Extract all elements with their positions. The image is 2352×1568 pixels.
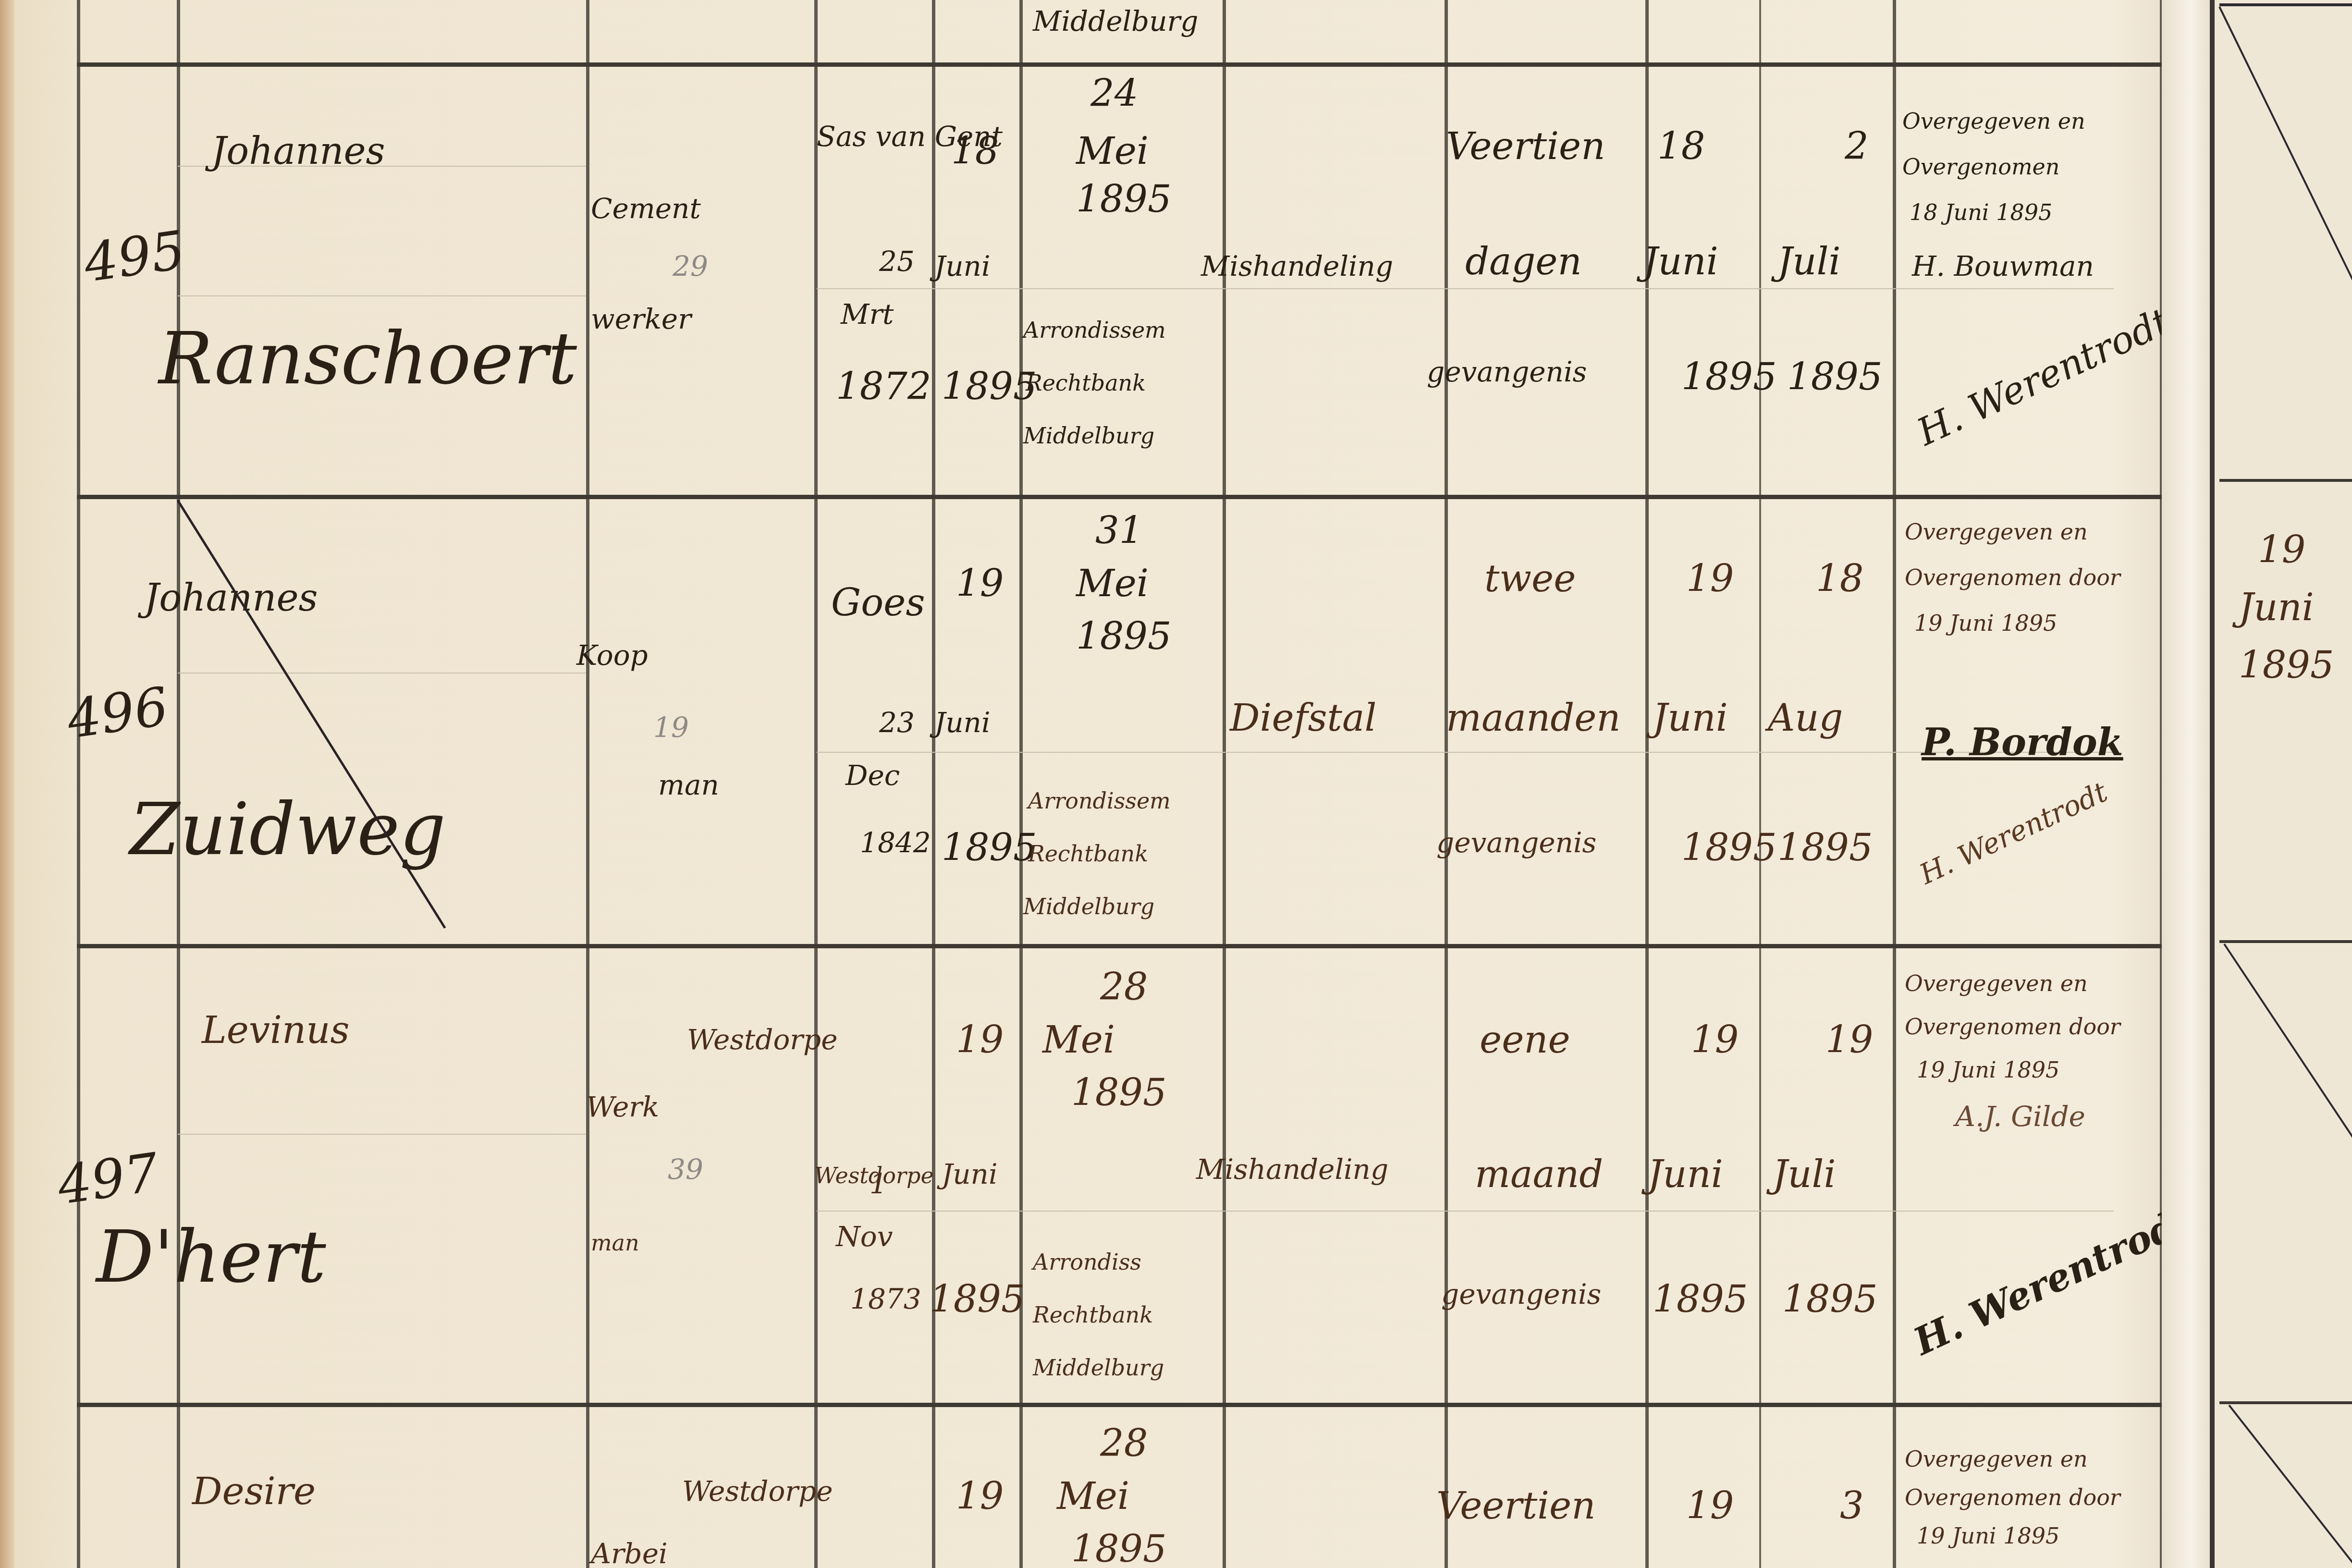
start-month: Juni bbox=[1648, 1153, 1723, 1196]
release-year: 1895 bbox=[1782, 1278, 1878, 1321]
first-name: Johannes bbox=[211, 130, 385, 173]
start-month: Juni bbox=[1653, 697, 1728, 740]
judgment-month: Mei bbox=[1057, 1475, 1129, 1518]
court-line: Arrondissem bbox=[1023, 317, 1166, 343]
birth-month: Nov bbox=[836, 1220, 893, 1253]
start-day: 19 bbox=[1691, 1018, 1739, 1062]
admission-year: 1895 bbox=[942, 365, 1037, 408]
court-line: Arrondissem bbox=[1028, 788, 1171, 814]
court-text: Middelburg bbox=[1033, 5, 1198, 37]
occupation: Koop bbox=[576, 639, 648, 672]
remarks: Overgenomen door bbox=[1905, 1484, 2120, 1510]
occupation: Werk bbox=[586, 1090, 659, 1123]
column-rule bbox=[1645, 0, 1649, 1568]
signature: H. Werentrodt bbox=[1907, 1197, 2198, 1364]
offence: Mishandeling bbox=[1196, 1153, 1388, 1186]
admission-day: 19 bbox=[956, 1018, 1004, 1062]
judgment-month: Mei bbox=[1076, 562, 1149, 605]
column-rule bbox=[1893, 0, 1896, 1568]
offence: Diefstal bbox=[1230, 697, 1376, 740]
birth-day: 23 bbox=[879, 706, 915, 739]
admission-year: 1895 bbox=[942, 826, 1037, 870]
release-day: 18 bbox=[1816, 557, 1863, 600]
start-year: 1895 bbox=[1681, 826, 1777, 870]
row-rule bbox=[77, 62, 2162, 67]
start-day: 19 bbox=[1686, 1484, 1734, 1528]
sentence: Veertien bbox=[1446, 125, 1605, 168]
signature: H. Werentrodt bbox=[1911, 300, 2177, 454]
entry-number: 497 bbox=[54, 1141, 162, 1216]
signature: H. Werentrodt bbox=[1914, 775, 2112, 891]
start-year: 1895 bbox=[1681, 355, 1777, 399]
start-year: 1895 bbox=[1653, 1278, 1748, 1321]
column-rule bbox=[586, 0, 589, 1568]
birthplace: Goes bbox=[831, 581, 925, 625]
occupation-cont: werker bbox=[591, 303, 691, 335]
sentence-cont: gevangenis bbox=[1436, 826, 1596, 859]
judgment-day: 28 bbox=[1100, 966, 1148, 1009]
sentence-cont: maand bbox=[1475, 1153, 1603, 1196]
row-rule bbox=[77, 1403, 2162, 1407]
facing-page: 19 Juni 1895 bbox=[2210, 0, 2352, 1568]
birthplace: Westdorpe bbox=[682, 1475, 833, 1507]
start-month: Juni bbox=[1643, 240, 1718, 283]
remarks-date: 18 Juni 1895 bbox=[1910, 199, 2052, 225]
remarks-date: 19 Juni 1895 bbox=[1917, 1057, 2059, 1083]
admission-year: 1895 bbox=[930, 1278, 1025, 1321]
release-month: Juli bbox=[1773, 1153, 1836, 1196]
surname: D'hert bbox=[96, 1215, 326, 1299]
register-page: Middelburg 495 Johannes Ranschoert Cemen… bbox=[0, 0, 2191, 1568]
release-day: 2 bbox=[1845, 125, 1869, 168]
surname: Zuidweg bbox=[130, 788, 446, 871]
birthplace: Westdorpe bbox=[687, 1023, 838, 1056]
remarks: Overgegeven en bbox=[1905, 519, 2088, 545]
admission-day: 19 bbox=[956, 1475, 1004, 1518]
sentence-cont: maanden bbox=[1446, 697, 1621, 740]
court-line: Middelburg bbox=[1023, 894, 1154, 919]
row-rule bbox=[77, 944, 2162, 948]
first-name: Levinus bbox=[202, 1009, 349, 1052]
release-month: Aug bbox=[1768, 697, 1843, 740]
judgment-month: Mei bbox=[1076, 130, 1149, 173]
column-rule bbox=[1759, 0, 1761, 1568]
start-day: 19 bbox=[1686, 557, 1734, 600]
court-line: Rechtbank bbox=[1026, 370, 1146, 396]
court-line: Middelburg bbox=[1023, 423, 1154, 449]
occupation-cont: man bbox=[591, 1230, 639, 1256]
remarks: Overgenomen bbox=[1902, 154, 2059, 180]
first-name: Desire bbox=[192, 1470, 316, 1513]
sentence: twee bbox=[1484, 557, 1576, 600]
date-month: Juni bbox=[2239, 586, 2314, 629]
remarks: Overgegeven en bbox=[1902, 108, 2085, 134]
signature: H. Bouwman bbox=[1912, 250, 2094, 282]
age: 39 bbox=[668, 1153, 703, 1186]
column-rule bbox=[1019, 0, 1023, 1568]
birth-year: 1873 bbox=[850, 1283, 921, 1315]
judgment-month: Mei bbox=[1042, 1018, 1115, 1062]
column-rule bbox=[932, 0, 935, 1568]
occupation: Arbei bbox=[591, 1537, 668, 1568]
judgment-year: 1895 bbox=[1076, 178, 1172, 221]
start-day: 18 bbox=[1657, 125, 1705, 168]
occupation: Cement bbox=[591, 192, 701, 225]
judgment-year: 1895 bbox=[1071, 1071, 1167, 1115]
column-rule bbox=[814, 0, 818, 1568]
remarks-date: 19 Juni 1895 bbox=[1914, 610, 2057, 636]
sentence: Veertien bbox=[1436, 1484, 1595, 1528]
release-day: 19 bbox=[1825, 1018, 1873, 1062]
column-rule bbox=[1223, 0, 1226, 1568]
offence: Mishandeling bbox=[1201, 250, 1393, 282]
judgment-day: 31 bbox=[1095, 509, 1143, 552]
birth-year: 1872 bbox=[836, 365, 931, 408]
admission-day: 19 bbox=[956, 562, 1004, 605]
birth-month: Dec bbox=[845, 759, 900, 792]
remarks: Overgenomen door bbox=[1905, 1014, 2120, 1040]
birth-year: 1842 bbox=[860, 826, 931, 859]
age: 19 bbox=[653, 711, 689, 744]
signature: P. Bordok bbox=[1922, 721, 2123, 764]
age: 29 bbox=[673, 250, 708, 282]
page-edge bbox=[0, 0, 14, 1568]
judgment-day: 28 bbox=[1100, 1422, 1148, 1465]
admission-day: 18 bbox=[951, 130, 999, 173]
judgment-year: 1895 bbox=[1076, 615, 1172, 658]
diagonal-cancel-lines bbox=[2215, 0, 2352, 1568]
birth-month: Mrt bbox=[841, 298, 894, 331]
sentence: eene bbox=[1480, 1018, 1570, 1062]
birth-day: 25 bbox=[879, 245, 915, 278]
court-line: Rechtbank bbox=[1028, 841, 1148, 867]
signature: A.J. Gilde bbox=[1955, 1100, 2085, 1133]
remarks-date: 19 Juni 1895 bbox=[1917, 1523, 2059, 1549]
release-month: Juli bbox=[1777, 240, 1840, 283]
surname: Ranschoert bbox=[159, 317, 577, 401]
admission-month: Juni bbox=[934, 706, 991, 739]
occupation-cont: man bbox=[658, 769, 719, 801]
sentence-cont: gevangenis bbox=[1441, 1278, 1601, 1311]
judgment-day: 24 bbox=[1090, 72, 1138, 115]
residence: Westdorpe bbox=[814, 1163, 934, 1188]
column-rule bbox=[77, 0, 80, 1568]
release-year: 1895 bbox=[1777, 826, 1873, 870]
remarks: Overgegeven en bbox=[1905, 970, 2088, 996]
release-year: 1895 bbox=[1787, 355, 1883, 399]
entry-number: 496 bbox=[63, 675, 172, 750]
remarks: Overgenomen door bbox=[1905, 564, 2120, 590]
entry-number: 495 bbox=[80, 219, 189, 294]
column-rule bbox=[1445, 0, 1448, 1568]
release-day: 3 bbox=[1840, 1484, 1864, 1528]
remarks: Overgegeven en bbox=[1905, 1446, 2088, 1472]
date-day: 19 bbox=[2258, 528, 2305, 572]
court-line: Rechtbank bbox=[1033, 1302, 1153, 1328]
court-line: Middelburg bbox=[1033, 1355, 1164, 1381]
date-year: 1895 bbox=[2239, 644, 2334, 687]
sentence-cont: gevangenis bbox=[1427, 355, 1587, 388]
judgment-year: 1895 bbox=[1071, 1528, 1167, 1568]
sentence-cont: dagen bbox=[1465, 240, 1582, 283]
admission-month: Juni bbox=[942, 1158, 998, 1190]
court-line: Arrondiss bbox=[1033, 1249, 1141, 1275]
admission-month: Juni bbox=[934, 250, 991, 282]
row-rule bbox=[77, 495, 2162, 499]
